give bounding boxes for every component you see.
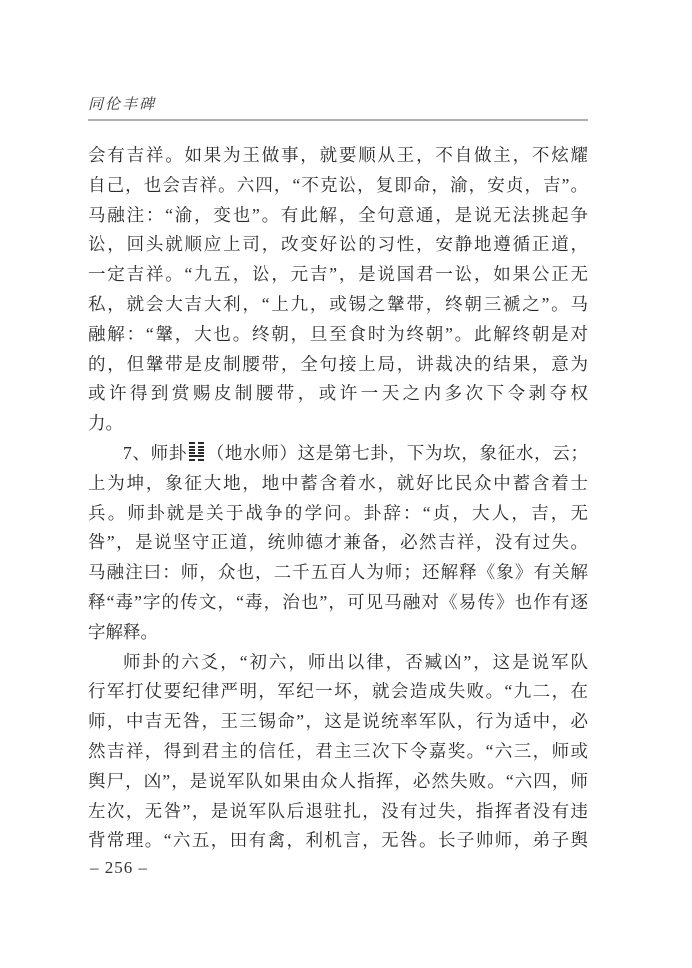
text-line: 或许得到赏赐皮制腰带，或许一天之内多次下令剥夺权 [88, 379, 588, 409]
paragraph-1: 会有吉祥。如果为王做事，就要顺从王，不自做主，不炫耀 自己，也会吉祥。六四，“不… [88, 141, 588, 439]
text-line: 左次，无咎”，是说军队后退驻扎，没有过失，指挥者没有违 [88, 797, 588, 827]
text-line: 会有吉祥。如果为王做事，就要顺从王，不自做主，不炫耀 [88, 141, 588, 171]
text-line: 字解释。 [88, 618, 588, 648]
text-line: 背常理。“六五，田有禽，利机言，无咎。长子帅师，弟子舆 [88, 826, 588, 856]
text-line: 师卦的六爻，“初六，师出以律，否臧凶”，这是说军队 [88, 648, 588, 678]
text-line: 兵。师卦就是关于战争的学问。卦辞：“贞，大人，吉，无 [88, 499, 588, 529]
text-line: 师，中吉无咎，王三锡命”，这是说统率军队，行为适中，必 [88, 707, 588, 737]
text-line: 行军打仗要纪律严明，军纪一坏，就会造成失败。“九二，在 [88, 677, 588, 707]
text-segment: （地水师）这是第七卦，下为坎，象征水，云； [206, 443, 588, 463]
text-line: 咎”，是说坚守正道，统帅德才兼备，必然吉祥，没有过失。 [88, 528, 588, 558]
text-line: 融解：“鞶，大也。终朝，旦至食时为终朝”。此解终朝是对 [88, 320, 588, 350]
paragraph-3: 师卦的六爻，“初六，师出以律，否臧凶”，这是说军队 行军打仗要纪律严明，军纪一坏… [88, 648, 588, 857]
running-header: 同伦丰碑 [88, 95, 588, 121]
text-line: 舆尸，凶”，是说军队如果由众人指挥，必然失败。“六四，师 [88, 767, 588, 797]
text-line: 自己，也会吉祥。六四，“不克讼，复即命，渝，安贞，吉”。 [88, 171, 588, 201]
text-line: 讼，回头就顺应上司，改变好讼的习性，安静地遵循正道， [88, 230, 588, 260]
text-line: 力。 [88, 409, 588, 439]
book-page: 同伦丰碑 会有吉祥。如果为王做事，就要顺从王，不自做主，不炫耀 自己，也会吉祥。… [0, 0, 692, 968]
text-line: 马融注：“渝，变也”。有此解，全句意通，是说无法挑起争 [88, 201, 588, 231]
text-line: 上为坤，象征大地，地中蓄含着水，就好比民众中蓄含着士 [88, 469, 588, 499]
page-number: – 256 – [90, 858, 148, 878]
running-header-text: 同伦丰碑 [88, 97, 156, 113]
page-body: 会有吉祥。如果为王做事，就要顺从王，不自做主，不炫耀 自己，也会吉祥。六四，“不… [88, 141, 588, 856]
text-line: 的，但鞶带是皮制腰带，全句接上局，讲裁决的结果，意为 [88, 350, 588, 380]
paragraph-2: 7、师卦（地水师）这是第七卦，下为坎，象征水，云； 上为坤，象征大地，地中蓄含着… [88, 439, 588, 648]
text-line: 私，就会大吉大利，“上九，或锡之鞶带，终朝三褫之”。马 [88, 290, 588, 320]
text-segment: 7、师卦 [123, 443, 187, 463]
text-line: 一定吉祥。“九五，讼，元吉”，是说国君一讼，如果公正无 [88, 260, 588, 290]
text-line: 释“毒”字的传文，“毒，治也”，可见马融对《易传》也作有逐 [88, 588, 588, 618]
text-line: 然吉祥，得到君主的信任，君主三次下令嘉奖。“六三，师或 [88, 737, 588, 767]
text-line: 马融注曰：师，众也，二千五百人为师；还解释《象》有关解 [88, 558, 588, 588]
hexagram-7-icon [189, 441, 204, 461]
text-line: 7、师卦（地水师）这是第七卦，下为坎，象征水，云； [88, 439, 588, 469]
